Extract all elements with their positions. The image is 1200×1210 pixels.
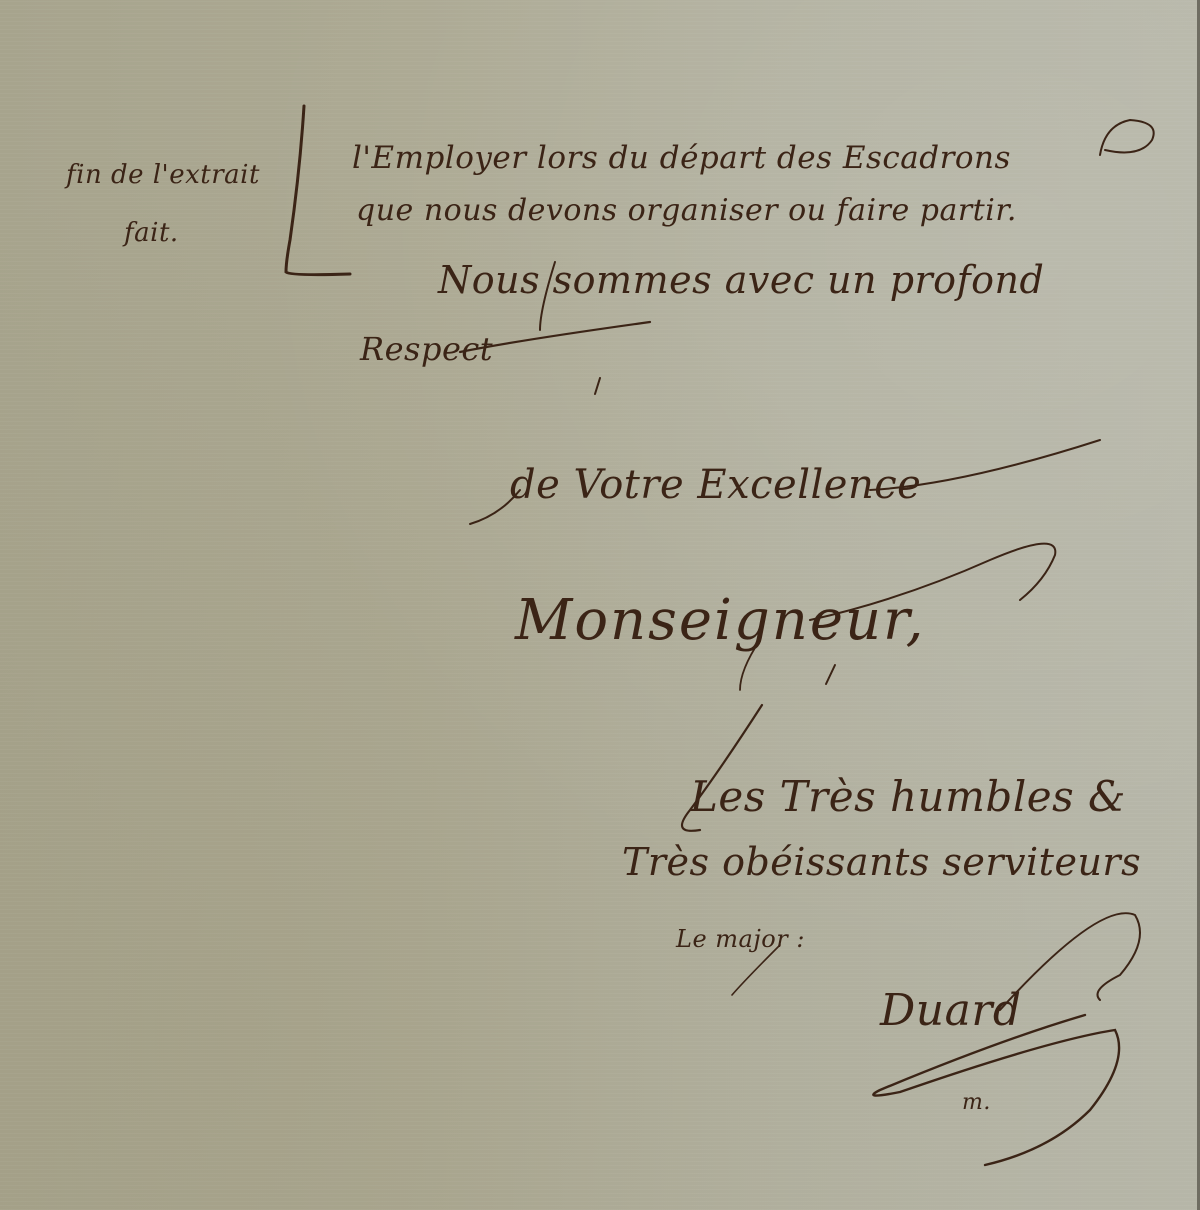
margin-note-line1: fin de l'extrait bbox=[66, 160, 260, 190]
closing-excellence: de Votre Excellence bbox=[510, 462, 921, 508]
salutation: Monseigneur, bbox=[515, 588, 925, 653]
signature-name: Duard bbox=[880, 985, 1022, 1036]
margin-note-line2: fait. bbox=[124, 218, 179, 248]
body-line-2: que nous devons organiser ou faire parti… bbox=[356, 193, 1017, 228]
closing-humbles: Les Très humbles & bbox=[690, 772, 1126, 821]
body-line-1: l'Employer lors du départ des Escadrons bbox=[352, 140, 1011, 176]
body-line-4: Respect bbox=[360, 330, 493, 368]
body-line-3: Nous sommes avec un profond bbox=[438, 258, 1044, 302]
closing-serviteurs: Très obéissants serviteurs bbox=[622, 840, 1141, 884]
signature-suffix: m. bbox=[962, 1090, 991, 1115]
signature-title: Le major : bbox=[676, 925, 805, 953]
